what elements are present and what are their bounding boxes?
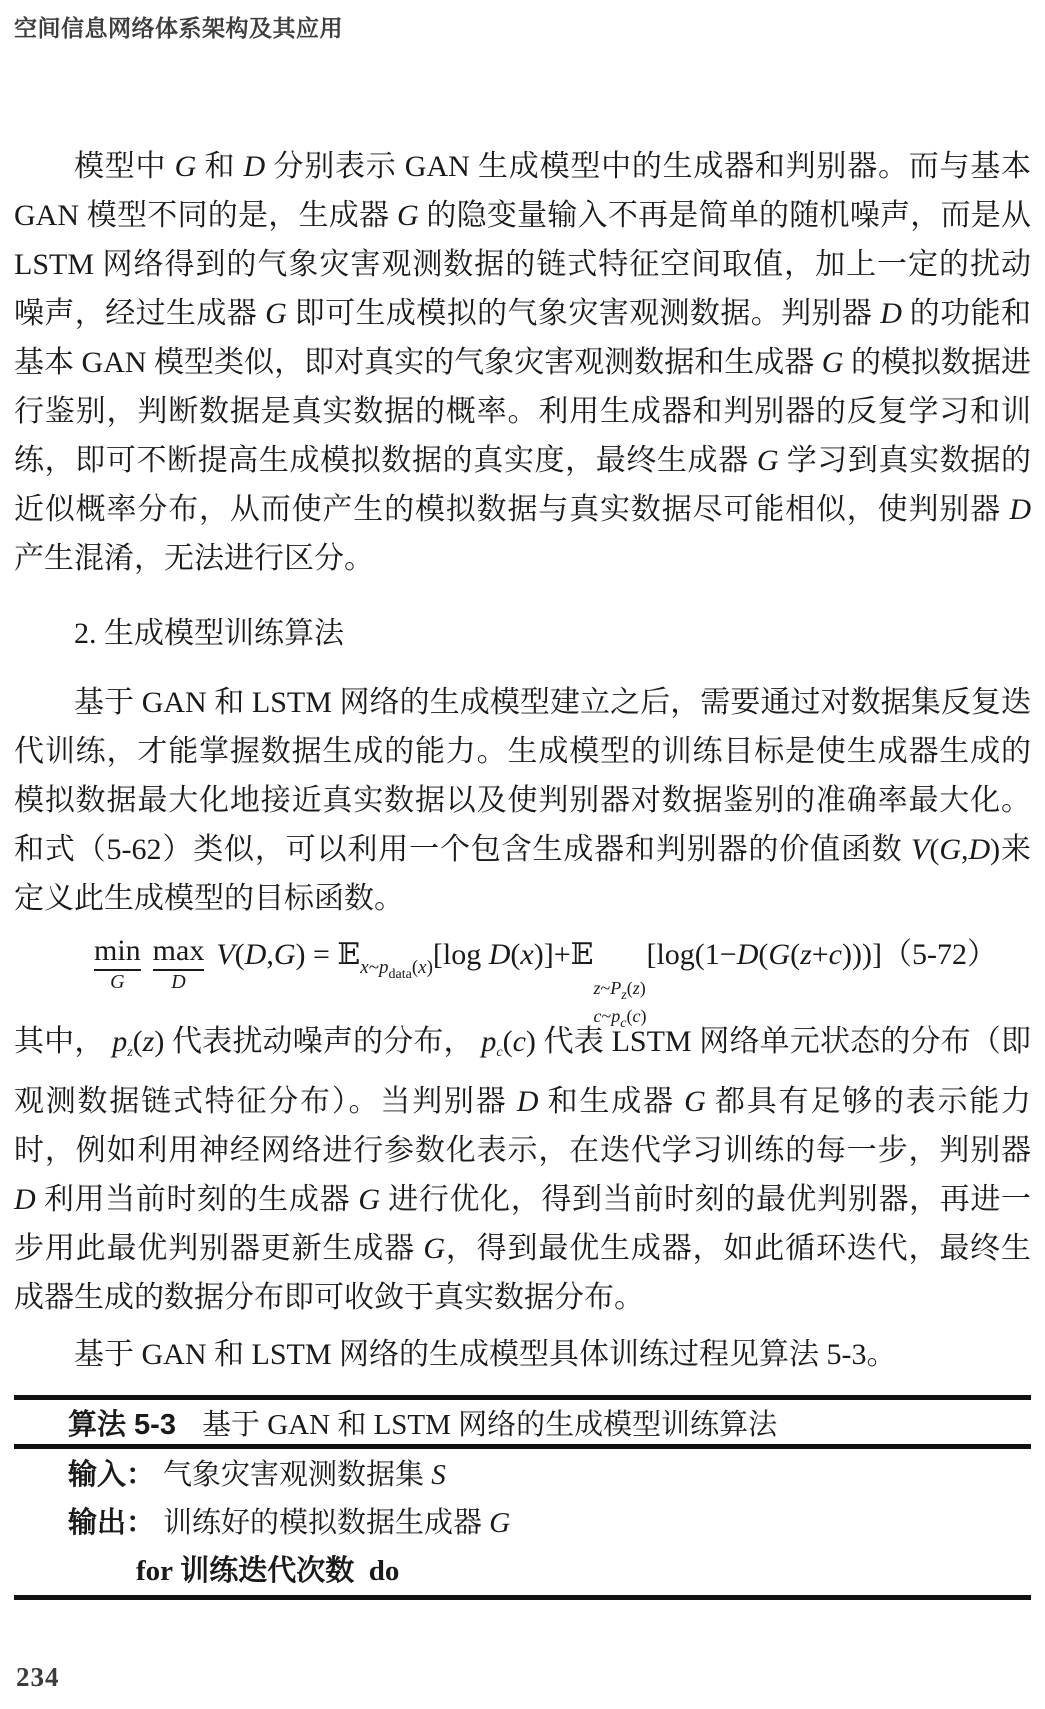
equation-number: （5-72）: [882, 933, 997, 977]
page-body: 模型中 G 和 D 分别表示 GAN 生成模型中的生成器和判别器。而与基本 GA…: [14, 142, 1031, 1379]
output-value: 训练好的模拟数据生成器 G: [163, 1507, 510, 1539]
algorithm-for-line: for 训练迭代次数 do: [14, 1547, 1031, 1595]
paragraph-distributions-explanation: 其中， pz(z) 代表扰动噪声的分布， pc(c) 代表 LSTM 网络单元状…: [14, 1017, 1031, 1322]
paragraph-training-objective: 基于 GAN 和 LSTM 网络的生成模型建立之后，需要通过对数据集反复迭代训练…: [14, 678, 1031, 923]
algorithm-header: 算法 5-3 基于 GAN 和 LSTM 网络的生成模型训练算法: [14, 1400, 1031, 1449]
input-value: 气象灾害观测数据集 S: [163, 1459, 446, 1491]
paragraph-see-algorithm: 基于 GAN 和 LSTM 网络的生成模型具体训练过程见算法 5-3。: [14, 1330, 1031, 1379]
input-label: 输入：: [68, 1459, 155, 1491]
algorithm-title: 基于 GAN 和 LSTM 网络的生成模型训练算法: [202, 1402, 777, 1443]
algorithm-body: 输入：气象灾害观测数据集 S 输出：训练好的模拟数据生成器 G for 训练迭代…: [14, 1449, 1031, 1600]
page-number: 234: [16, 1662, 60, 1693]
section-heading: 2. 生成模型训练算法: [14, 609, 1031, 658]
max-operator: max D: [153, 933, 205, 993]
running-header: 空间信息网络体系架构及其应用: [14, 14, 1031, 42]
algorithm-input-line: 输入：气象灾害观测数据集 S: [14, 1451, 1031, 1499]
book-page: 空间信息网络体系架构及其应用 模型中 G 和 D 分别表示 GAN 生成模型中的…: [0, 0, 1045, 1600]
algorithm-output-line: 输出：训练好的模拟数据生成器 G: [14, 1499, 1031, 1547]
equation-5-72: min G max D V(D,G) = 𝔼x~pdata(x)[log D(x…: [14, 933, 1031, 1009]
algorithm-box: 算法 5-3 基于 GAN 和 LSTM 网络的生成模型训练算法 输入：气象灾害…: [14, 1395, 1031, 1600]
min-operator: min G: [94, 933, 141, 993]
output-label: 输出：: [68, 1507, 155, 1539]
paragraph-gan-model-description: 模型中 G 和 D 分别表示 GAN 生成模型中的生成器和判别器。而与基本 GA…: [14, 142, 1031, 583]
algorithm-label: 算法 5-3: [68, 1402, 176, 1443]
